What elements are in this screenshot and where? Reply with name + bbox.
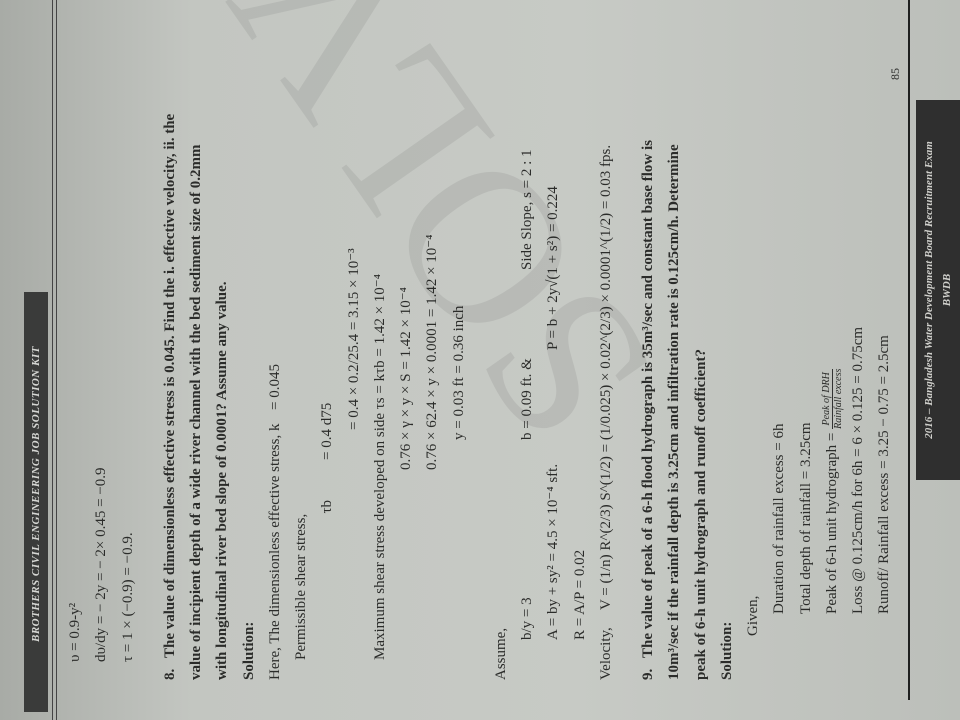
- equation-line: υ = 0.9-y²: [62, 20, 88, 680]
- question-8: 8.The value of dimensionless effective s…: [157, 20, 619, 680]
- effective-stress-label: Here, The dimensionless effective stress…: [262, 410, 288, 680]
- tau-b-calc: = 0.4 × 0.2/25.4 = 3.15 × 10⁻³: [341, 20, 367, 680]
- question-text: The value of peak of a 6-h flood hydrogr…: [640, 140, 656, 658]
- permissible-shear-label: Permissible shear stress,: [288, 410, 314, 660]
- solution-label: Solution:: [236, 20, 262, 680]
- question-text: with longitudinal river bed slope of 0.0…: [209, 20, 235, 680]
- footer-bar: 2016 – Bangladesh Water Development Boar…: [916, 100, 960, 480]
- loss-line: Loss @ 0.125cm/h for 6h = 6 × 0.125 = 0.…: [845, 20, 871, 680]
- question-text: The value of dimensionless effective str…: [162, 114, 178, 658]
- effective-stress-value: = 0.045: [262, 364, 288, 410]
- question-text: value of incipient depth of a wide river…: [183, 20, 209, 680]
- exam-title: 2016 – Bangladesh Water Development Boar…: [920, 100, 938, 480]
- question-number: 9.: [635, 658, 661, 680]
- given-line: Duration of rainfall excess = 6h: [766, 20, 792, 680]
- runoff-line: Runoff/ Rainfall excess = 3.25 − 0.75 = …: [871, 20, 897, 680]
- running-header: BROTHERS CIVIL ENGINEERING JOB SOLUTION …: [24, 292, 48, 712]
- perimeter-formula: P = b + 2y√(1 + s²) = 0.224: [540, 186, 566, 350]
- max-shear-line: Maximum shear stress developed on side τ…: [367, 20, 393, 680]
- equation-line: dυ/dy = − 2y = − 2× 0.45 = −0.9: [88, 20, 114, 680]
- velocity-formula: V = (1/n) R^(2/3) S^(1/2) = (1/0.025) × …: [593, 145, 619, 610]
- exam-code: BWDB: [938, 100, 956, 480]
- assume-b: b = 0.09 ft. &: [514, 310, 540, 440]
- equation-line: τ = 1 × (−0.9) = −0.9.: [115, 20, 141, 680]
- tau-b-formula: = 0.4 d75: [314, 403, 340, 460]
- page-content: υ = 0.9-y² dυ/dy = − 2y = − 2× 0.45 = −0…: [62, 20, 898, 680]
- area-formula: A = by + sy² = 4.5 × 10⁻⁴ sft.: [540, 390, 566, 640]
- calc-line: 0.76 × 62.4 × y × 0.0001 = 1.42 × 10⁻⁴: [419, 20, 445, 680]
- fraction-denominator: Rainfall excess: [833, 369, 844, 429]
- solution-label: Solution:: [714, 20, 740, 680]
- question-9: 9.The value of peak of a 6-h flood hydro…: [635, 20, 898, 680]
- footer-rule: [908, 0, 910, 700]
- given-label: Given,: [740, 20, 766, 680]
- assume-ratio: b/y = 3: [514, 480, 540, 640]
- calc-line: y = 0.03 ft = 0.36 inch: [446, 20, 472, 680]
- peak-fraction: Peak of DRH Rainfall excess: [821, 369, 844, 429]
- question-text: 10m³/sec if the rainfall depth is 3.25cm…: [661, 20, 687, 680]
- question-text: peak of 6-h unit hydrograph and runoff c…: [688, 20, 714, 680]
- document-page: BROTHERS CIVIL ENGINEERING JOB SOLUTION …: [0, 0, 960, 720]
- velocity-label: Velocity,: [593, 610, 619, 680]
- fraction-numerator: Peak of DRH: [821, 369, 833, 429]
- tau-b-symbol: τb: [314, 460, 340, 680]
- given-line: Total depth of rainfall = 3.25cm: [793, 20, 819, 680]
- question-number: 8.: [157, 658, 183, 680]
- assume-label: Assume,: [488, 20, 514, 680]
- peak-label: Peak of 6-h unit hydrograph =: [824, 433, 840, 614]
- side-slope: Side Slope, s = 2 : 1: [514, 149, 540, 270]
- page-number: 85: [888, 68, 903, 80]
- calc-line: 0.76 × γ × y × S = 1.42 × 10⁻⁴: [393, 20, 419, 680]
- peak-unit-hydrograph: Peak of 6-h unit hydrograph = Peak of DR…: [819, 20, 845, 680]
- previous-solution: υ = 0.9-y² dυ/dy = − 2y = − 2× 0.45 = −0…: [62, 20, 141, 680]
- radius-formula: R = A/P = 0.02: [567, 20, 593, 640]
- header-rule: [52, 0, 57, 720]
